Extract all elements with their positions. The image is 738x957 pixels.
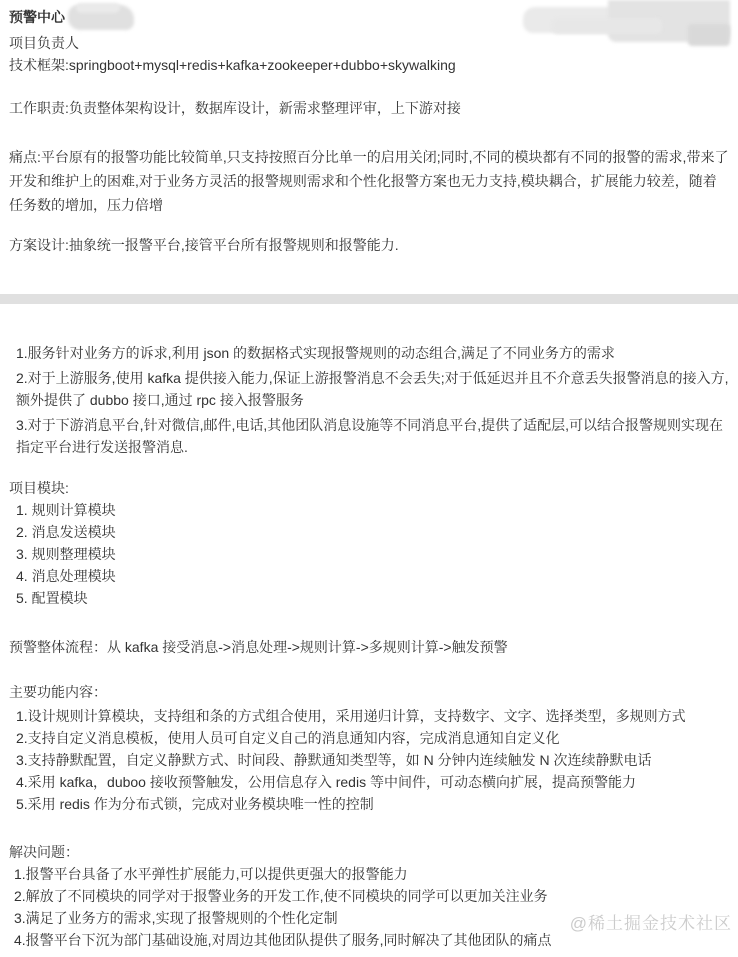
problem-item: 1.报警平台具备了水平弹性扩展能力,可以提供更强大的报警能力 [14,863,730,885]
redacted-blur-top-right [688,24,730,46]
feature-item: 5.采用 redis 作为分布式锁，完成对业务模块唯一性的控制 [16,793,730,815]
highlight-item: 2.对于上游服务,使用 kafka 提供接入能力,保证上游报警消息不会丢失;对于… [16,367,730,411]
feature-item: 3.支持静默配置，自定义静默方式、时间段、静默通知类型等，如 N 分钟内连续触发… [16,749,730,771]
redaction-bar [0,294,738,304]
problems-heading: 解决问题： [9,841,730,863]
pain-point-paragraph: 痛点:平台原有的报警功能比较简单,只支持按照百分比单一的启用关闭;同时,不同的模… [9,145,730,217]
features-heading: 主要功能内容： [9,681,730,703]
redacted-blur-after-title-highlight [76,3,120,13]
module-item: 5. 配置模块 [16,587,730,609]
watermark: @稀土掘金技术社区 [570,909,732,934]
feature-item: 2.支持自定义消息模板，使用人员可自定义自己的消息通知内容，完成消息通知自定义化 [16,727,730,749]
tech-stack-line: 技术框架:springboot+mysql+redis+kafka+zookee… [9,54,730,76]
responsibility-line: 工作职责:负责整体架构设计，数据库设计，新需求整理评审，上下游对接 [9,97,730,119]
feature-item: 1.设计规则计算模块，支持组和条的方式组合使用，采用递归计算，支持数字、文字、选… [16,705,730,727]
problems-list: 1.报警平台具备了水平弹性扩展能力,可以提供更强大的报警能力 2.解放了不同模块… [9,863,730,951]
module-item: 2. 消息发送模块 [16,521,730,543]
feature-item: 4.采用 kafka，duboo 接收预警触发，公用信息存入 redis 等中间… [16,771,730,793]
modules-list: 1. 规则计算模块 2. 消息发送模块 3. 规则整理模块 4. 消息处理模块 … [9,499,730,609]
solution-design-line: 方案设计:抽象统一报警平台,接管平台所有报警规则和报警能力. [9,234,730,256]
document-page: 预警中心 项目负责人 技术框架:springboot+mysql+redis+k… [0,0,738,957]
highlights-list: 1.服务针对业务方的诉求,利用 json 的数据格式实现报警规则的动态组合,满足… [9,342,730,458]
flow-line: 预警整体流程：从 kafka 接受消息->消息处理->规则计算->多规则计算->… [9,636,730,658]
redacted-blur-top-right [552,18,662,34]
module-item: 3. 规则整理模块 [16,543,730,565]
highlight-item: 1.服务针对业务方的诉求,利用 json 的数据格式实现报警规则的动态组合,满足… [16,342,730,364]
module-item: 4. 消息处理模块 [16,565,730,587]
module-item: 1. 规则计算模块 [16,499,730,521]
problem-item: 2.解放了不同模块的同学对于报警业务的开发工作,使不同模块的同学可以更加关注业务 [14,885,730,907]
modules-heading: 项目模块: [9,477,730,499]
highlight-item: 3.对于下游消息平台,针对微信,邮件,电话,其他团队消息设施等不同消息平台,提供… [16,414,730,458]
features-list: 1.设计规则计算模块，支持组和条的方式组合使用，采用递归计算，支持数字、文字、选… [9,705,730,815]
